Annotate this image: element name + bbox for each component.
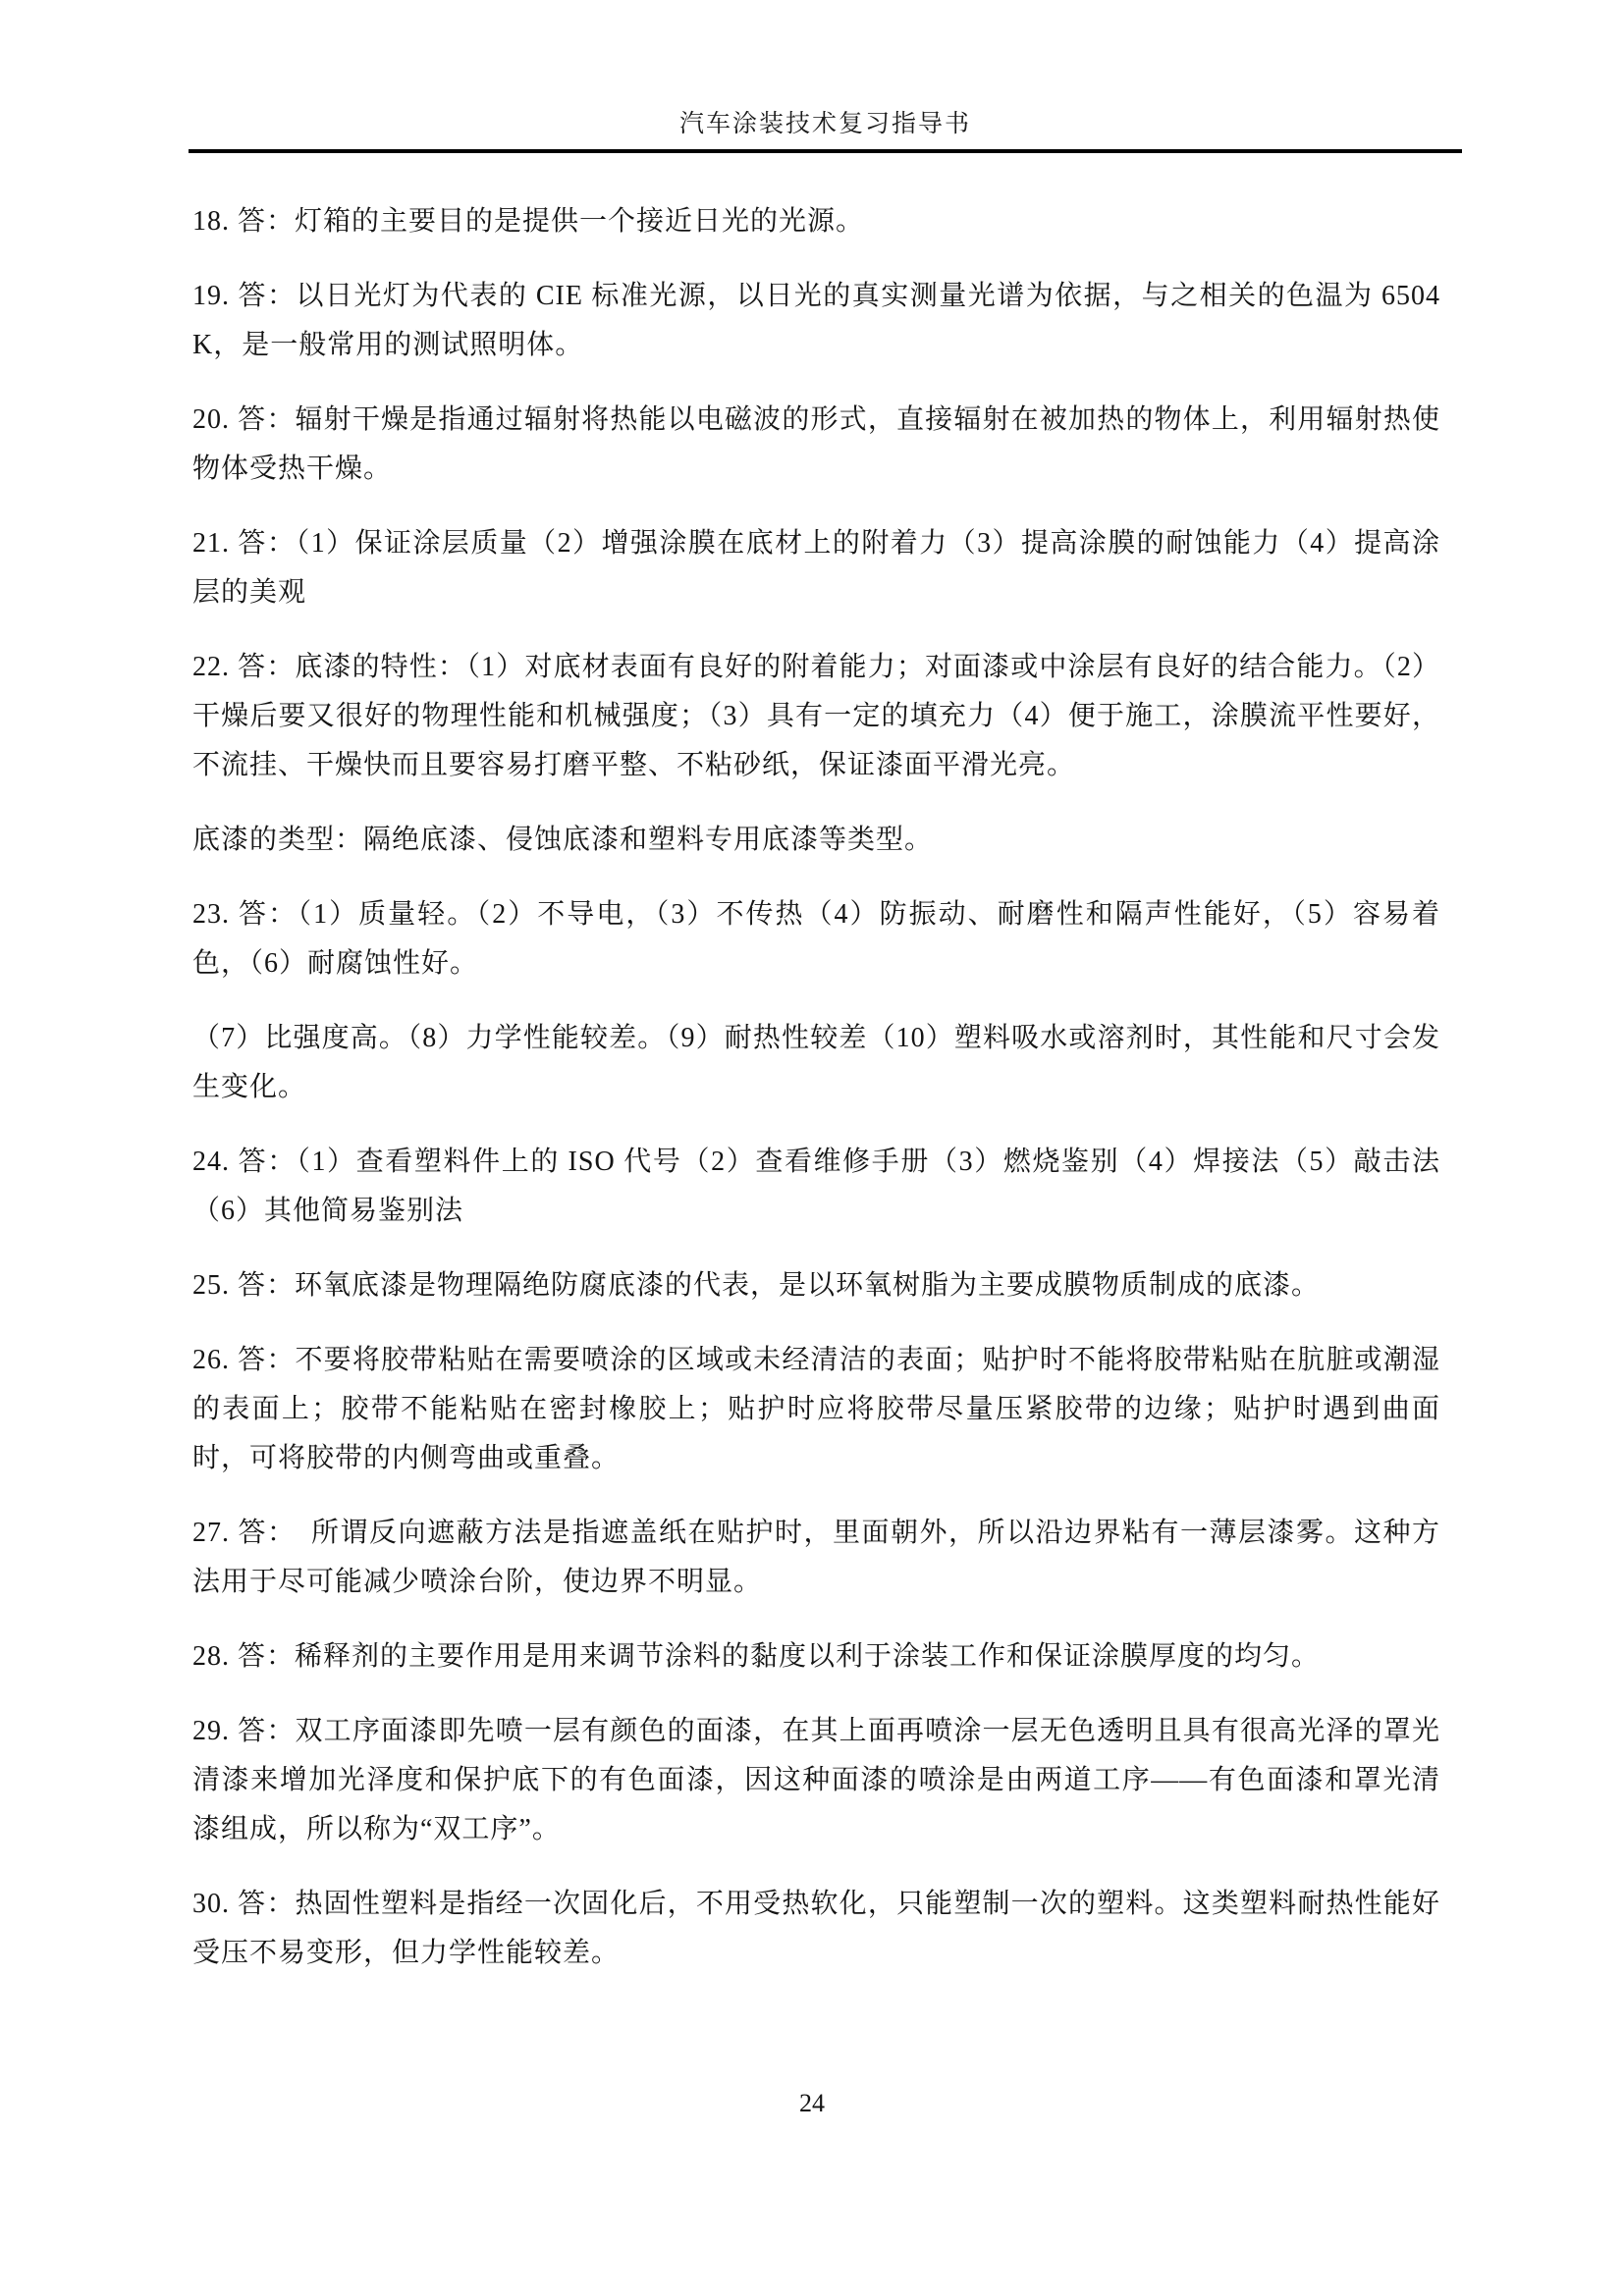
answer-29: 29. 答：双工序面漆即先喷一层有颜色的面漆，在其上面再喷涂一层无色透明且具有很… xyxy=(192,1707,1440,1854)
answer-19: 19. 答：以日光灯为代表的 CIE 标准光源，以日光的真实测量光谱为依据，与之… xyxy=(192,272,1440,370)
answer-30: 30. 答：热固性塑料是指经一次固化后，不用受热软化，只能塑制一次的塑料。这类塑… xyxy=(192,1880,1440,1978)
answer-26: 26. 答：不要将胶带粘贴在需要喷涂的区域或未经清洁的表面；贴护时不能将胶带粘贴… xyxy=(192,1336,1440,1483)
answer-22: 22. 答：底漆的特性：（1）对底材表面有良好的附着能力；对面漆或中涂层有良好的… xyxy=(192,643,1440,790)
page-footer: 24 xyxy=(0,2089,1624,2118)
answer-27: 27. 答： 所谓反向遮蔽方法是指遮盖纸在贴护时，里面朝外，所以沿边界粘有一薄层… xyxy=(192,1509,1440,1607)
document-page: 汽车涂装技术复习指导书 18. 答：灯箱的主要目的是提供一个接近日光的光源。 1… xyxy=(0,0,1624,2296)
answer-24: 24. 答：（1）查看塑料件上的 ISO 代号（2）查看维修手册（3）燃烧鉴别（… xyxy=(192,1138,1440,1236)
answer-23-continued: （7）比强度高。（8）力学性能较差。（9）耐热性较差（10）塑料吸水或溶剂时，其… xyxy=(192,1014,1440,1112)
answer-23: 23. 答：（1）质量轻。（2）不导电，（3）不传热（4）防振动、耐磨性和隔声性… xyxy=(192,890,1440,988)
answer-28: 28. 答：稀释剂的主要作用是用来调节涂料的黏度以利于涂装工作和保证涂膜厚度的均… xyxy=(192,1632,1440,1682)
page-number: 24 xyxy=(799,2089,825,2117)
running-header: 汽车涂装技术复习指导书 xyxy=(189,104,1462,153)
answer-21: 21. 答：（1）保证涂层质量（2）增强涂膜在底材上的附着力（3）提高涂膜的耐蚀… xyxy=(192,519,1440,617)
page-title: 汽车涂装技术复习指导书 xyxy=(679,111,971,137)
answer-20: 20. 答：辐射干燥是指通过辐射将热能以电磁波的形式，直接辐射在被加热的物体上，… xyxy=(192,396,1440,494)
answer-18: 18. 答：灯箱的主要目的是提供一个接近日光的光源。 xyxy=(192,197,1440,246)
answer-22-types: 底漆的类型：隔绝底漆、侵蚀底漆和塑料专用底漆等类型。 xyxy=(192,816,1440,865)
answer-25: 25. 答：环氧底漆是物理隔绝防腐底漆的代表，是以环氧树脂为主要成膜物质制成的底… xyxy=(192,1261,1440,1310)
answers-body: 18. 答：灯箱的主要目的是提供一个接近日光的光源。 19. 答：以日光灯为代表… xyxy=(192,197,1440,2003)
